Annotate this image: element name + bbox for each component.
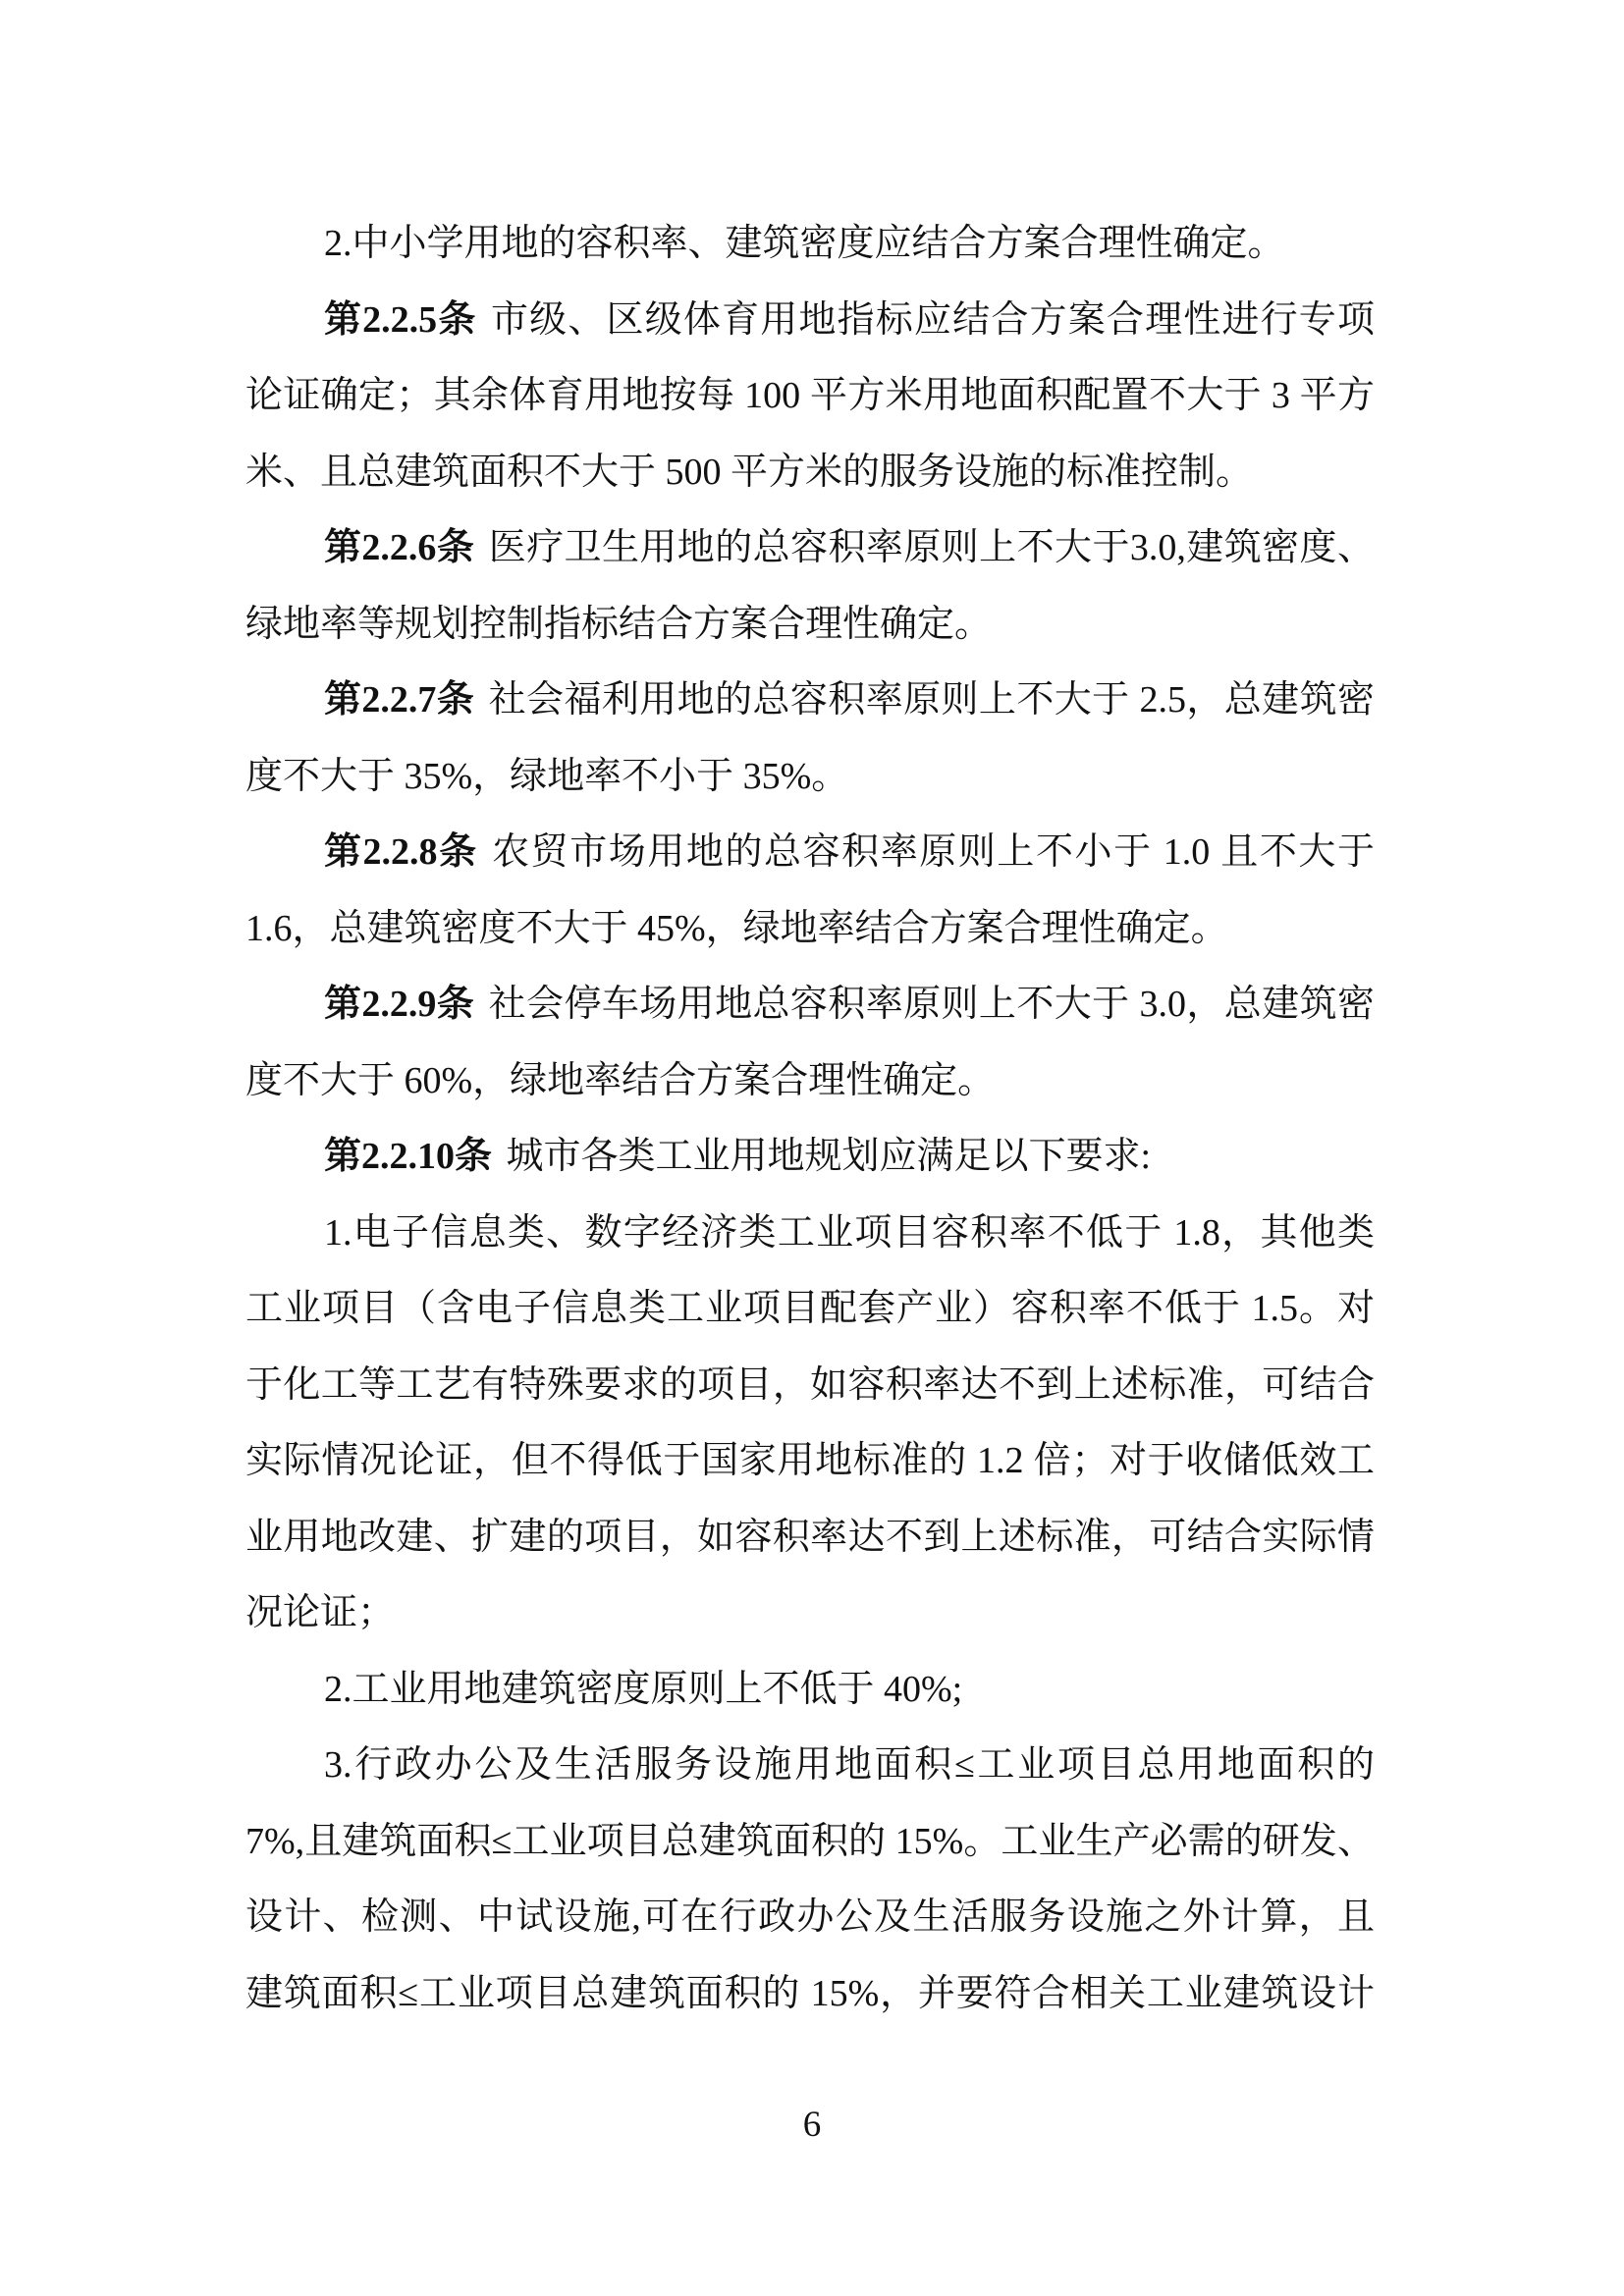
text-line: 况论证； xyxy=(245,1575,1375,1652)
text-line: 设计、检测、中试设施,可在行政办公及生活服务设施之外计算，且 xyxy=(245,1880,1375,1956)
line-text: 设计、检测、中试设施,可在行政办公及生活服务设施之外计算，且 xyxy=(245,1896,1375,1938)
clause-number: 第2.2.8条 xyxy=(324,831,478,873)
line-text: 农贸市场用地的总容积率原则上不小于 1.0 且不大于 xyxy=(492,831,1375,873)
clause-number: 第2.2.10条 xyxy=(324,1136,492,1177)
text-line: 论证确定；其余体育用地按每 100 平方米用地面积配置不大于 3 平方 xyxy=(245,358,1375,435)
text-line: 7%,且建筑面积≤工业项目总建筑面积的 15%。工业生产必需的研发、 xyxy=(245,1804,1375,1881)
line-text: 3.行政办公及生活服务设施用地面积≤工业项目总用地面积的 xyxy=(324,1744,1375,1786)
line-text: 建筑面积≤工业项目总建筑面积的 15%，并要符合相关工业建筑设计 xyxy=(245,1973,1375,2014)
line-text: 城市各类工业用地规划应满足以下要求: xyxy=(506,1136,1151,1177)
line-text: 论证确定；其余体育用地按每 100 平方米用地面积配置不大于 3 平方 xyxy=(245,375,1375,416)
page-number: 6 xyxy=(0,2102,1624,2149)
line-text: 市级、区级体育用地指标应结合方案合理性进行专项 xyxy=(491,299,1375,341)
line-text: 米、且总建筑面积不大于 500 平方米的服务设施的标准控制。 xyxy=(245,452,1253,493)
line-text: 社会停车场用地总容积率原则上不大于 3.0，总建筑密 xyxy=(489,984,1375,1025)
text-line: 于化工等工艺有特殊要求的项目，如容积率达不到上述标准，可结合 xyxy=(245,1348,1375,1424)
document-page: 2.中小学用地的容积率、建筑密度应结合方案合理性确定。 第2.2.5条市级、区级… xyxy=(0,0,1624,2296)
line-text: 业用地改建、扩建的项目，如容积率达不到上述标准，可结合实际情 xyxy=(245,1517,1375,1558)
line-text: 实际情况论证，但不得低于国家用地标准的 1.2 倍；对于收储低效工 xyxy=(245,1440,1375,1481)
text-line: 2.工业用地建筑密度原则上不低于 40%; xyxy=(245,1652,1375,1729)
text-line: 实际情况论证，但不得低于国家用地标准的 1.2 倍；对于收储低效工 xyxy=(245,1423,1375,1500)
text-line: 建筑面积≤工业项目总建筑面积的 15%，并要符合相关工业建筑设计 xyxy=(245,1956,1375,2033)
text-line: 工业项目（含电子信息类工业项目配套产业）容积率不低于 1.5。对 xyxy=(245,1271,1375,1348)
line-text: 7%,且建筑面积≤工业项目总建筑面积的 15%。工业生产必需的研发、 xyxy=(245,1821,1375,1862)
text-line: 度不大于 60%，绿地率结合方案合理性确定。 xyxy=(245,1043,1375,1120)
clause-number: 第2.2.9条 xyxy=(324,984,474,1025)
text-line: 第2.2.10条城市各类工业用地规划应满足以下要求: xyxy=(245,1119,1375,1196)
document-body: 2.中小学用地的容积率、建筑密度应结合方案合理性确定。 第2.2.5条市级、区级… xyxy=(245,206,1375,2032)
line-text: 度不大于 35%，绿地率不小于 35%。 xyxy=(245,756,848,797)
line-text: 2.工业用地建筑密度原则上不低于 40%; xyxy=(324,1669,962,1710)
line-text: 况论证； xyxy=(245,1592,395,1633)
line-text: 工业项目（含电子信息类工业项目配套产业）容积率不低于 1.5。对 xyxy=(245,1288,1375,1329)
clause-number: 第2.2.6条 xyxy=(324,527,474,568)
clause-number: 第2.2.7条 xyxy=(324,679,474,721)
text-line: 3.行政办公及生活服务设施用地面积≤工业项目总用地面积的 xyxy=(245,1728,1375,1804)
text-line: 1.6，总建筑密度不大于 45%，绿地率结合方案合理性确定。 xyxy=(245,891,1375,968)
line-text: 医疗卫生用地的总容积率原则上不大于3.0,建筑密度、 xyxy=(489,527,1375,568)
text-line: 1.电子信息类、数字经济类工业项目容积率不低于 1.8，其他类 xyxy=(245,1196,1375,1272)
text-line: 第2.2.5条市级、区级体育用地指标应结合方案合理性进行专项 xyxy=(245,283,1375,359)
text-line: 业用地改建、扩建的项目，如容积率达不到上述标准，可结合实际情 xyxy=(245,1500,1375,1576)
text-line: 度不大于 35%，绿地率不小于 35%。 xyxy=(245,739,1375,816)
text-line: 第2.2.8条农贸市场用地的总容积率原则上不小于 1.0 且不大于 xyxy=(245,815,1375,891)
line-text: 社会福利用地的总容积率原则上不大于 2.5，总建筑密 xyxy=(489,679,1375,721)
line-text: 度不大于 60%，绿地率结合方案合理性确定。 xyxy=(245,1060,995,1101)
line-text: 于化工等工艺有特殊要求的项目，如容积率达不到上述标准，可结合 xyxy=(245,1364,1375,1406)
line-text: 1.电子信息类、数字经济类工业项目容积率不低于 1.8，其他类 xyxy=(324,1212,1375,1254)
text-line: 第2.2.9条社会停车场用地总容积率原则上不大于 3.0，总建筑密 xyxy=(245,967,1375,1043)
line-text: 绿地率等规划控制指标结合方案合理性确定。 xyxy=(245,604,992,645)
line-text: 2.中小学用地的容积率、建筑密度应结合方案合理性确定。 xyxy=(324,223,1285,264)
text-line: 米、且总建筑面积不大于 500 平方米的服务设施的标准控制。 xyxy=(245,435,1375,511)
text-line: 第2.2.6条医疗卫生用地的总容积率原则上不大于3.0,建筑密度、 xyxy=(245,510,1375,587)
text-line: 绿地率等规划控制指标结合方案合理性确定。 xyxy=(245,587,1375,664)
clause-number: 第2.2.5条 xyxy=(324,299,477,341)
text-line: 2.中小学用地的容积率、建筑密度应结合方案合理性确定。 xyxy=(245,206,1375,283)
text-line: 第2.2.7条社会福利用地的总容积率原则上不大于 2.5，总建筑密 xyxy=(245,663,1375,739)
line-text: 1.6，总建筑密度不大于 45%，绿地率结合方案合理性确定。 xyxy=(245,908,1228,949)
